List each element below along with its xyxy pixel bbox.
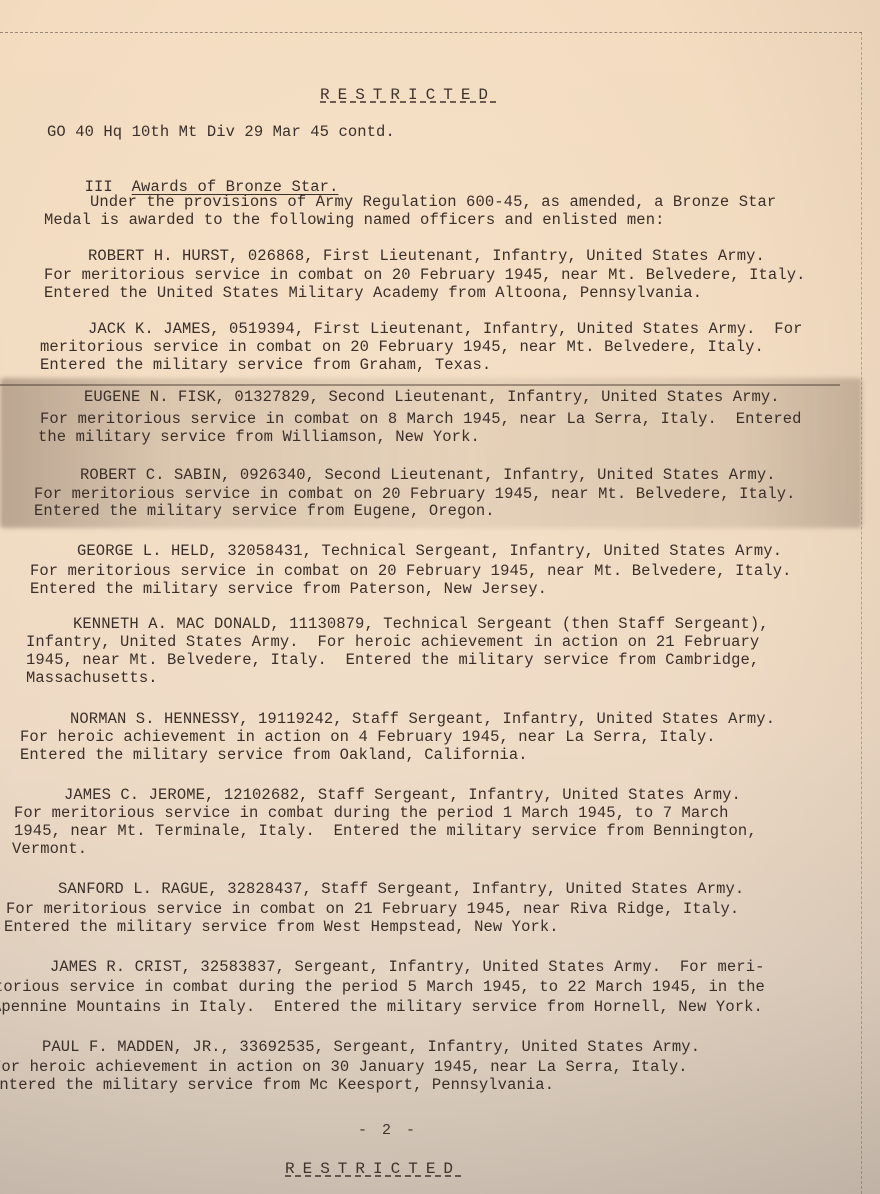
award-line: For meritorious service in combat on 20 … bbox=[30, 562, 792, 580]
award-line: Entered the military service from Oaklan… bbox=[20, 746, 528, 764]
award-line: For meritorious service in combat on 20 … bbox=[44, 266, 806, 284]
award-line: For meritorious service in combat during… bbox=[14, 804, 729, 822]
award-line: For meritorious service in combat on 8 M… bbox=[40, 410, 802, 428]
award-line: 1945, near Mt. Terminale, Italy. Entered… bbox=[14, 822, 757, 840]
award-line: ROBERT H. HURST, 026868, First Lieutenan… bbox=[88, 247, 765, 265]
award-line: For meritorious service in combat on 21 … bbox=[6, 900, 739, 918]
award-line: Infantry, United States Army. For heroic… bbox=[26, 633, 759, 651]
award-line: torious service in combat during the per… bbox=[0, 978, 765, 996]
intro-line-1: Under the provisions of Army Regulation … bbox=[90, 193, 776, 211]
award-line: SANFORD L. RAGUE, 32828437, Staff Sergea… bbox=[58, 880, 744, 898]
page-border-right bbox=[861, 32, 862, 1194]
award-line: EUGENE N. FISK, 01327829, Second Lieuten… bbox=[84, 388, 780, 406]
award-line: JAMES C. JEROME, 12102682, Staff Sergean… bbox=[64, 786, 741, 804]
award-line: Entered the military service from Paters… bbox=[30, 580, 547, 598]
award-line: PAUL F. MADDEN, JR., 33692535, Sergeant,… bbox=[42, 1038, 700, 1056]
award-line: Entered the United States Military Acade… bbox=[44, 284, 702, 302]
award-line: meritorious service in combat on 20 Febr… bbox=[40, 338, 764, 356]
award-line: Apennine Mountains in Italy. Entered the… bbox=[0, 998, 763, 1016]
award-line: Entered the military service from Eugene… bbox=[34, 502, 495, 520]
award-line: Massachusetts. bbox=[26, 669, 158, 687]
award-line: For meritorious service in combat on 20 … bbox=[34, 485, 796, 503]
intro-line-2: Medal is awarded to the following named … bbox=[44, 211, 665, 229]
award-line: 1945, near Mt. Belvedere, Italy. Entered… bbox=[26, 651, 759, 669]
award-line: Entered the military service from Graham… bbox=[40, 356, 491, 374]
award-line: KENNETH A. MAC DONALD, 11130879, Technic… bbox=[73, 615, 769, 633]
award-line: For heroic achievement in action on 4 Fe… bbox=[20, 728, 716, 746]
award-line: For heroic achievement in action on 30 J… bbox=[0, 1058, 688, 1076]
award-line: Entered the military service from West H… bbox=[4, 918, 559, 936]
award-line: JACK K. JAMES, 0519394, First Lieutenant… bbox=[88, 320, 803, 338]
award-line: JAMES R. CRIST, 32583837, Sergeant, Infa… bbox=[50, 958, 765, 976]
reference-line: GO 40 Hq 10th Mt Div 29 Mar 45 contd. bbox=[47, 123, 395, 141]
page-border-top bbox=[0, 32, 862, 33]
award-line: Entered the military service from Mc Kee… bbox=[0, 1076, 554, 1094]
award-line: GEORGE L. HELD, 32058431, Technical Serg… bbox=[77, 542, 782, 560]
footer-classification-marking: RESTRICTED bbox=[285, 1160, 461, 1178]
page-number: - 2 - bbox=[358, 1122, 418, 1139]
award-line: the military service from Williamson, Ne… bbox=[38, 428, 480, 446]
award-line: Vermont. bbox=[12, 840, 87, 858]
award-line: NORMAN S. HENNESSY, 19119242, Staff Serg… bbox=[70, 710, 775, 728]
header-classification-marking: RESTRICTED bbox=[320, 86, 496, 104]
award-line: ROBERT C. SABIN, 0926340, Second Lieuten… bbox=[80, 466, 776, 484]
smudge-fold-line bbox=[0, 384, 840, 386]
